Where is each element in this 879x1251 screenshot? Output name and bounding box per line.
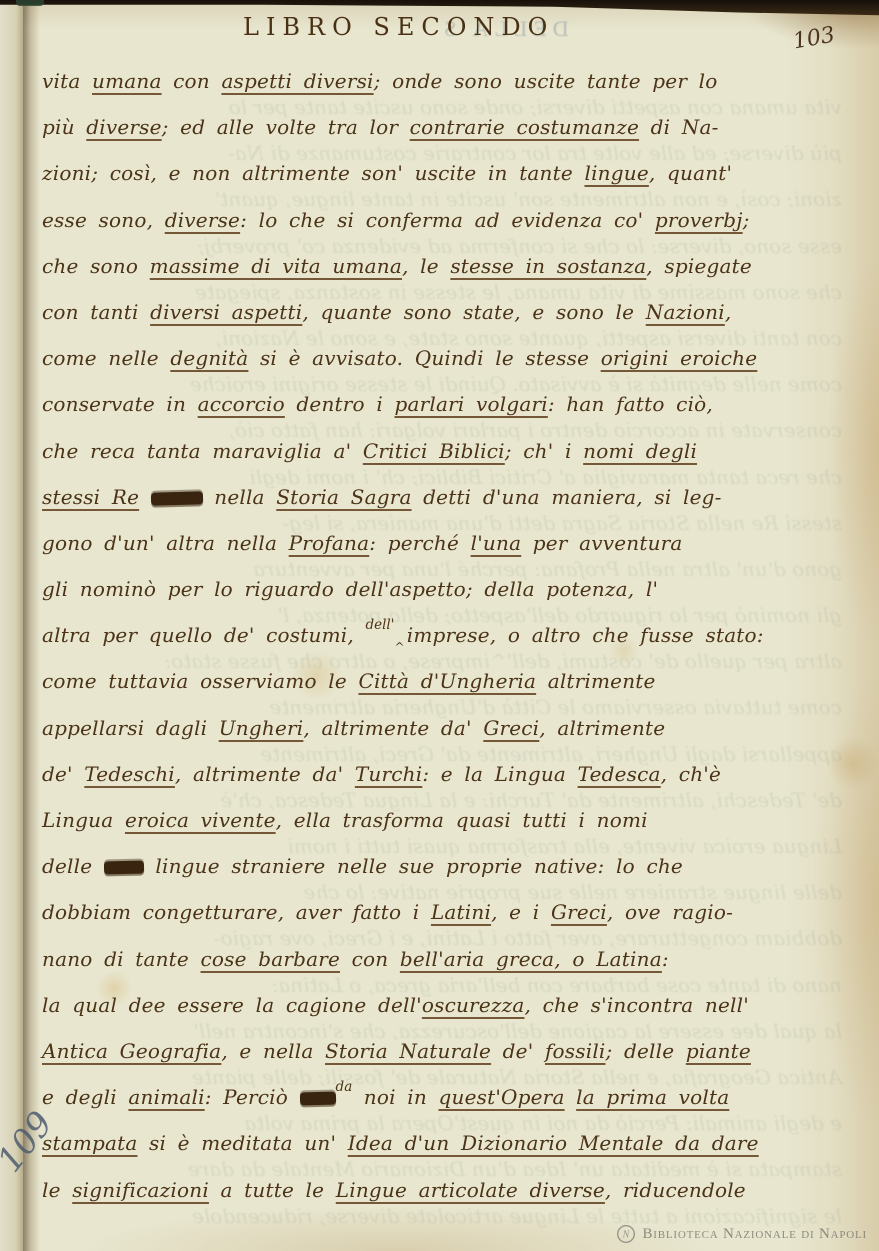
manuscript-line: nano di tante cose barbare con bell'aria… xyxy=(42,936,852,982)
manuscript-line: Lingua eroica vivente, ella trasforma qu… xyxy=(42,797,852,843)
manuscript-line: conservate in accorcio dentro i parlari … xyxy=(42,381,852,427)
binding-speck xyxy=(16,0,44,6)
interlinear-insertion: da xyxy=(336,1064,353,1110)
manuscript-line: che sono massime di vita umana, le stess… xyxy=(42,243,852,289)
manuscript-line: come nelle degnità si è avvisato. Quindi… xyxy=(42,335,852,381)
manuscript-line: stampata si è meditata un' Idea d'un Diz… xyxy=(42,1120,852,1166)
manuscript-line: le significazioni a tutte le Lingue arti… xyxy=(42,1167,852,1213)
page-title: LIBRO SECONDO xyxy=(243,13,554,41)
manuscript-line: e degli animali: Perciò da noi in quest'… xyxy=(42,1074,852,1120)
manuscript-line: zioni; così, e non altrimente son' uscit… xyxy=(42,150,852,196)
manuscript-line: la qual dee essere la cagione dell'oscur… xyxy=(42,982,852,1028)
manuscript-line: de' Tedeschi, altrimente da' Turchi: e l… xyxy=(42,751,852,797)
scribbled-out-word xyxy=(299,1092,335,1106)
manuscript-line: dobbiam congetturare, aver fatto i Latin… xyxy=(42,889,852,935)
manuscript-line: gono d'un' altra nella Profana: perché l… xyxy=(42,520,852,566)
manuscript-line: stessi Re nella Storia Sagra detti d'una… xyxy=(42,474,852,520)
manuscript-line: che reca tanta maraviglia a' Critici Bib… xyxy=(42,428,852,474)
manuscript-line: Antica Geografia, e nella Storia Natural… xyxy=(42,1028,852,1074)
library-watermark: N Biblioteca Nazionale di Napoli xyxy=(616,1224,867,1244)
library-logo-icon: N xyxy=(616,1224,636,1244)
manuscript-line: vita umana con aspetti diversi; onde son… xyxy=(42,58,852,104)
manuscript-line: con tanti diversi aspetti, quante sono s… xyxy=(42,289,852,335)
manuscript-line: delle lingue straniere nelle sue proprie… xyxy=(42,843,852,889)
svg-text:N: N xyxy=(622,1230,631,1241)
manuscript-line: gli nominò per lo riguardo dell'aspetto;… xyxy=(42,566,852,612)
library-watermark-text: Biblioteca Nazionale di Napoli xyxy=(642,1226,867,1243)
adjacent-page-edge xyxy=(0,0,23,1251)
binding-gutter-shadow xyxy=(23,0,40,1251)
page-number: 103 xyxy=(791,23,837,55)
manuscript-scan: vita umana con aspetti diversi; onde son… xyxy=(0,0,879,1251)
manuscript-line: esse sono, diverse: lo che si conferma a… xyxy=(42,197,852,243)
interlinear-insertion: dell' xyxy=(365,602,394,648)
manuscript-line: come tuttavia osserviamo le Città d'Ungh… xyxy=(42,658,852,704)
scribbled-out-word xyxy=(104,861,144,875)
manuscript-text-block: vita umana con aspetti diversi; onde son… xyxy=(42,58,852,1213)
insertion-caret: ^ xyxy=(394,624,404,670)
manuscript-line: più diverse; ed alle volte tra lor contr… xyxy=(42,104,852,150)
scribbled-out-word xyxy=(151,491,203,505)
manuscript-line: altra per quello de' costumi, dell'^impr… xyxy=(42,612,852,658)
manuscript-line: appellarsi dagli Ungheri, altrimente da'… xyxy=(42,705,852,751)
